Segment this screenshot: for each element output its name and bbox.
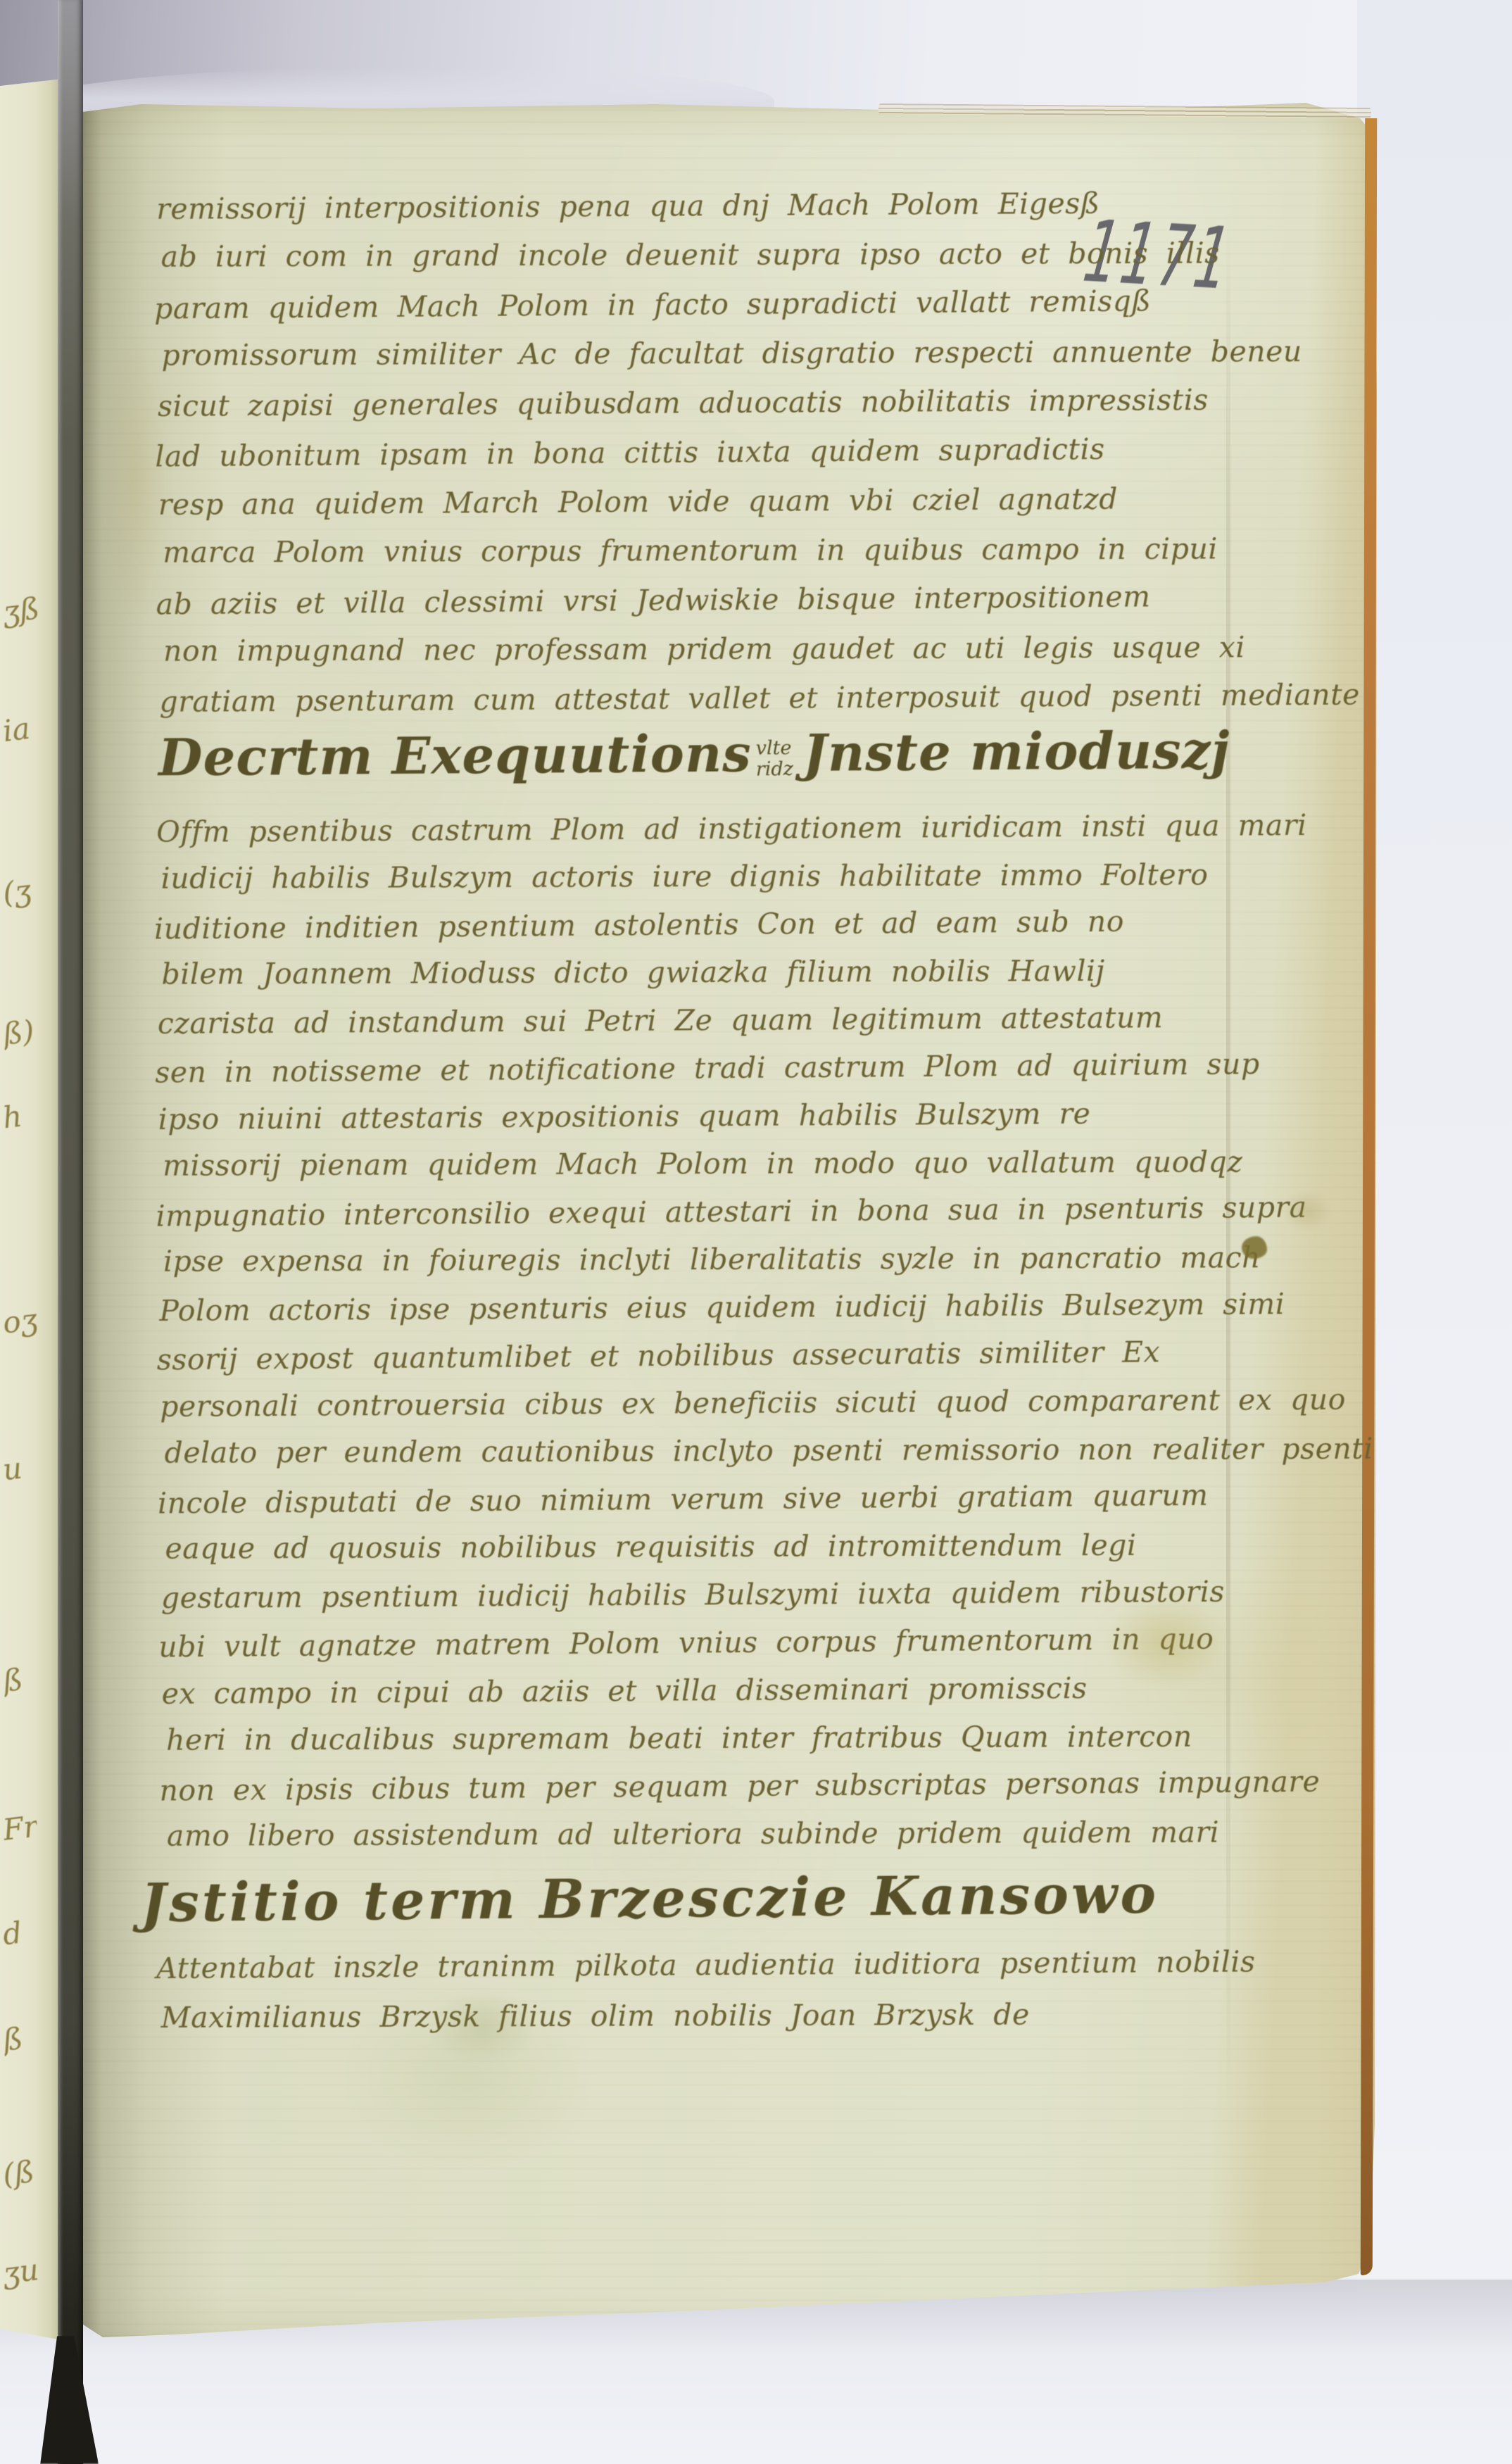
handwritten-text-line: ssorij expost quantumlibet et nobilibus …	[157, 1326, 1366, 1383]
gutter-clamp-rod	[58, 0, 83, 2464]
handwritten-text-line: ab iuri com in grand incole deuenit supr…	[161, 228, 1362, 282]
handwritten-text-line: delato per eundem cautionibus inclyto ps…	[164, 1425, 1373, 1477]
handwritten-text-line: non impugnand nec professam pridem gaude…	[163, 622, 1364, 676]
handwritten-text-line: Polom actoris ipse psenturis eius quidem…	[159, 1279, 1368, 1334]
handwritten-text-line: Maximilianus Brzysk filius olim nobilis …	[161, 1988, 1260, 2042]
handwritten-text-line: lad ubonitum ipsam in bona cittis iuxta …	[155, 422, 1356, 481]
heading-lead: Decrtm Exequutions	[158, 723, 752, 787]
heading-superscript: vlteridz	[756, 738, 793, 780]
handwritten-text-line: Attentabat inszle traninm pilkota audien…	[156, 1936, 1256, 1994]
margin-ink-mark: h	[1, 1099, 24, 1136]
heading-superscript-top: vlte	[756, 738, 793, 759]
margin-ink-mark: (ʒ	[1, 873, 33, 911]
section-heading-brzesczie: Jstitio term Brzesczie Kansowo	[141, 1863, 1159, 1935]
handwritten-text-line: remissorij interpositionis pena qua dnj …	[156, 177, 1357, 234]
paper-stain	[429, 1992, 535, 2063]
handwritten-text-line: marca Polom vnius corpus frumentorum in …	[163, 524, 1363, 577]
handwritten-text-line: amo libero assistendum ad ulteriora subi…	[167, 1808, 1376, 1860]
handwritten-text-line: impugnatio interconsilio exequi attestar…	[156, 1183, 1365, 1240]
section-heading-exequutio: Decrtm ExequutionsvlteridzJnste mioduszj	[158, 720, 1230, 788]
heading-superscript-bottom: ridz	[756, 759, 793, 780]
handwritten-text-line: sen in notisseme et notificatione tradi …	[155, 1039, 1364, 1096]
paper-stain	[1283, 1191, 1332, 1231]
handwritten-text-line: eaque ad quosuis nobilibus requisitis ad…	[165, 1521, 1374, 1573]
ink-blot	[1242, 1236, 1267, 1259]
handwritten-text-line: Offm psentibus castrum Plom ad instigati…	[156, 801, 1366, 856]
paper-stain	[106, 331, 169, 627]
heading-tail: Jnste mioduszj	[802, 720, 1230, 783]
margin-ink-mark: ia	[1, 711, 32, 748]
handwritten-text-line: czarista ad instandum sui Petri Ze quam …	[158, 993, 1367, 1048]
handwritten-block-3: Attentabat inszle traninm pilkota audien…	[156, 1936, 1256, 2044]
handwritten-text-line: bilem Joannem Mioduss dicto gwiazka fili…	[161, 946, 1371, 998]
handwritten-text-line: promissorum similiter Ac de facultat dis…	[161, 327, 1362, 380]
margin-ink-mark: u	[1, 1451, 24, 1488]
margin-ink-mark: Fr	[1, 1809, 39, 1847]
margin-ink-mark: ʒß	[1, 591, 41, 629]
handwritten-text-line: iudicij habilis Bulszym actoris iure dig…	[160, 850, 1370, 903]
margin-ink-mark: ß)	[1, 1013, 36, 1051]
handwritten-text-line: ipso niuini attestaris expositionis quam…	[158, 1088, 1367, 1143]
margin-ink-mark: ß	[1, 2020, 25, 2057]
handwritten-text-line: heri in ducalibus supremam beati inter f…	[166, 1712, 1375, 1764]
margin-ink-mark: d	[1, 1916, 24, 1952]
handwritten-text-line: sicut zapisi generales quibusdam aduocat…	[158, 375, 1359, 431]
backdrop-right	[1357, 0, 1512, 2464]
archival-manuscript-photo: ʒßia(ʒß)hoʒußFrdß(ßʒu 1171 remissorij in…	[0, 0, 1512, 2464]
handwritten-text-line: iuditione inditien psentium astolentis C…	[154, 895, 1363, 953]
handwritten-text-line: gratiam psenturam cum attestat vallet et…	[159, 670, 1360, 727]
margin-ink-mark: ß	[1, 1661, 25, 1698]
handwritten-block-2: Offm psentibus castrum Plom ad instigati…	[156, 801, 1371, 1861]
handwritten-text-line: ab aziis et villa clessimi vrsi Jedwiski…	[156, 570, 1356, 629]
margin-ink-mark: oʒ	[1, 1302, 39, 1340]
handwritten-text-line: param quidem Mach Polom in facto supradi…	[154, 275, 1355, 333]
handwritten-text-line: personali controuersia cibus ex benefici…	[160, 1375, 1369, 1430]
handwritten-text-line: missorij pienam quidem Mach Polom in mod…	[163, 1138, 1372, 1190]
handwritten-text-line: non ex ipsis cibus tum per sequam per su…	[159, 1757, 1368, 1814]
handwritten-block-1: remissorij interpositionis pena qua dnj …	[156, 177, 1360, 727]
margin-ink-mark: (ß	[1, 2154, 36, 2192]
handwritten-text-line: incole disputati de suo nimium verum siv…	[158, 1470, 1367, 1527]
margin-ink-mark: ʒu	[1, 2252, 40, 2291]
handwritten-text-line: ipse expensa in foiuregis inclyti libera…	[163, 1233, 1373, 1286]
handwritten-text-line: resp ana quidem March Polom vide quam vb…	[158, 473, 1359, 529]
paper-stain	[1107, 1597, 1226, 1688]
facing-page-edge: ʒßia(ʒß)hoʒußFrdß(ßʒu	[0, 79, 62, 2340]
